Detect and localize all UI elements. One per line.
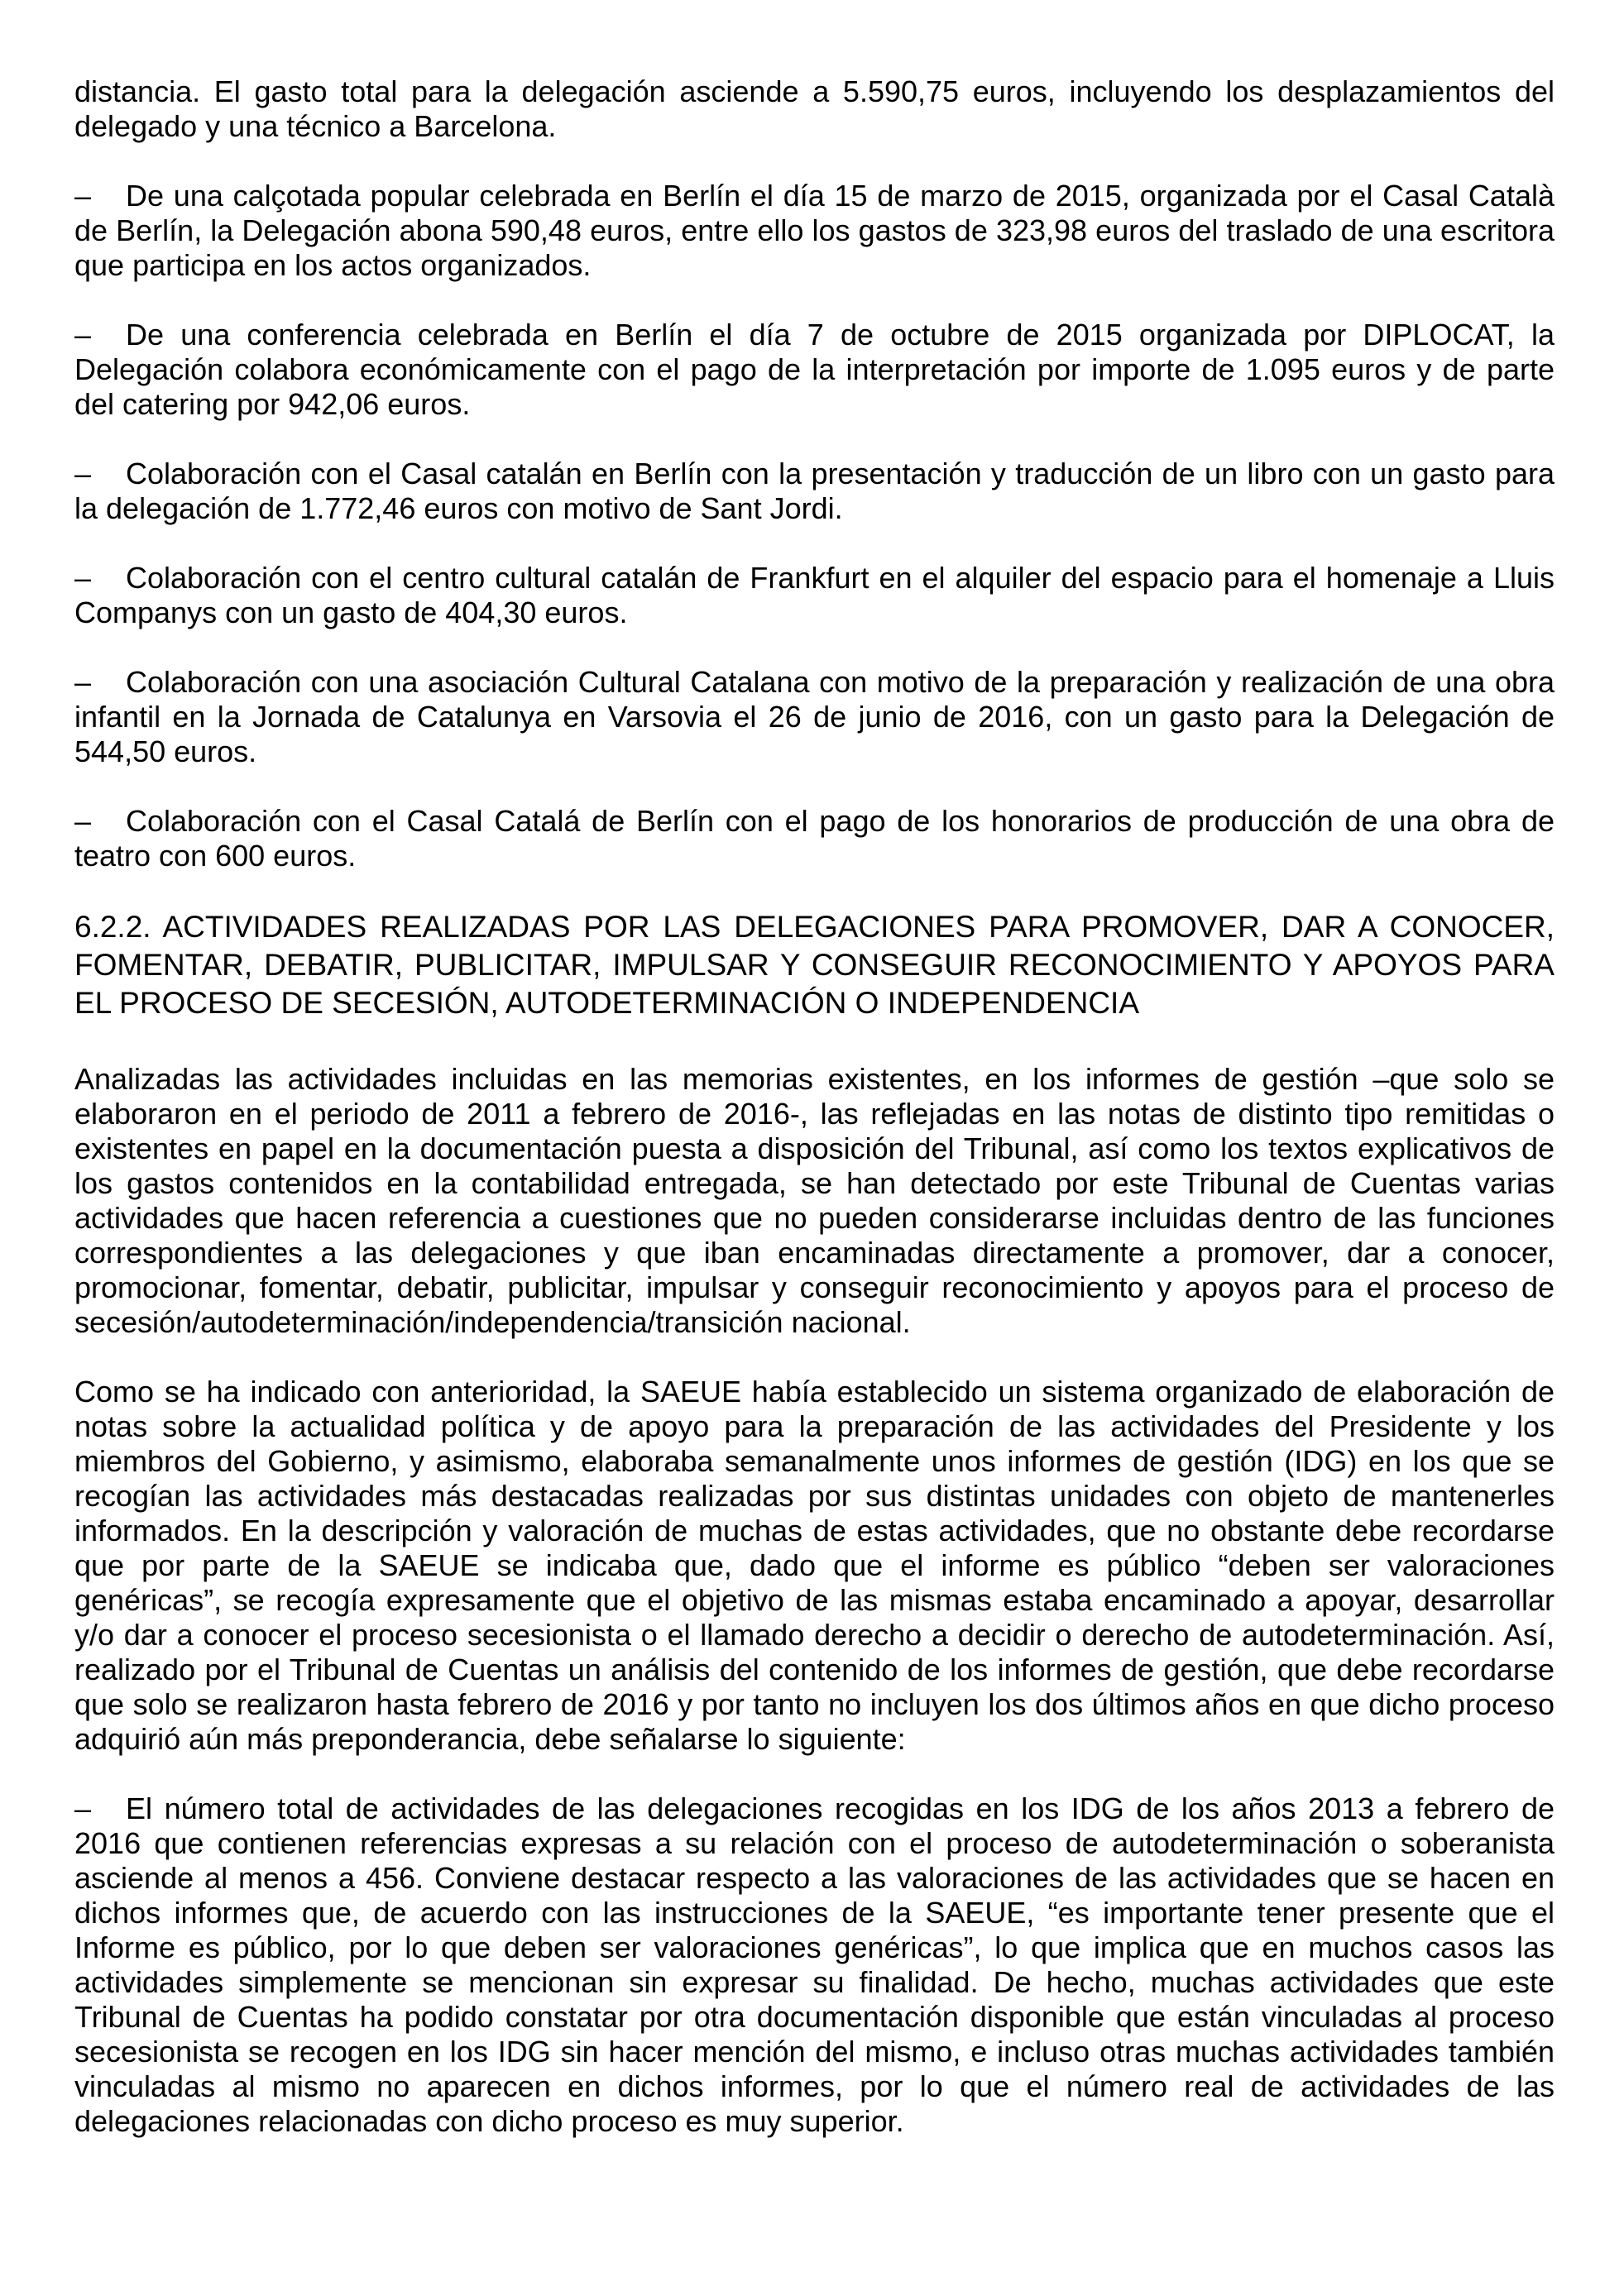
section-heading-6-2-2: 6.2.2. ACTIVIDADES REALIZADAS POR LAS DE… (74, 908, 1555, 1022)
bullet-item-varsovia: –Colaboración con una asociación Cultura… (74, 665, 1555, 769)
bullet-dash: – (74, 561, 126, 596)
bullet-dash: – (74, 665, 126, 700)
bullet-dash: – (74, 1791, 126, 1826)
bullet-text: Colaboración con el centro cultural cata… (74, 561, 1555, 629)
bullet-text: De una conferencia celebrada en Berlín e… (74, 318, 1555, 421)
bullet-text: Colaboración con una asociación Cultural… (74, 665, 1555, 768)
continuation-paragraph: distancia. El gasto total para la delega… (74, 74, 1555, 144)
bullet-dash: – (74, 179, 126, 213)
bullet-text: De una calçotada popular celebrada en Be… (74, 179, 1555, 282)
bullet-item-obra-teatro: –Colaboración con el Casal Catalá de Ber… (74, 804, 1555, 873)
bullet-text: Colaboración con el Casal Catalá de Berl… (74, 804, 1555, 873)
bullet-text: Colaboración con el Casal catalán en Ber… (74, 457, 1555, 525)
bullet-text: El número total de actividades de las de… (74, 1791, 1555, 2138)
bullet-item-conferencia: –De una conferencia celebrada en Berlín … (74, 318, 1555, 422)
bullet-dash: – (74, 318, 126, 352)
bullet-dash: – (74, 804, 126, 839)
body-paragraph-como-se-ha-indicado: Como se ha indicado con anterioridad, la… (74, 1375, 1555, 1757)
bullet-item-frankfurt: –Colaboración con el centro cultural cat… (74, 561, 1555, 630)
document-page: distancia. El gasto total para la delega… (0, 0, 1624, 2296)
bullet-item-calcotada: –De una calçotada popular celebrada en B… (74, 179, 1555, 283)
body-paragraph-analizadas: Analizadas las actividades incluidas en … (74, 1062, 1555, 1340)
bullet-item-casal-catalan-libro: –Colaboración con el Casal catalán en Be… (74, 457, 1555, 526)
bullet-item-numero-actividades: –El número total de actividades de las d… (74, 1791, 1555, 2139)
bullet-dash: – (74, 457, 126, 491)
